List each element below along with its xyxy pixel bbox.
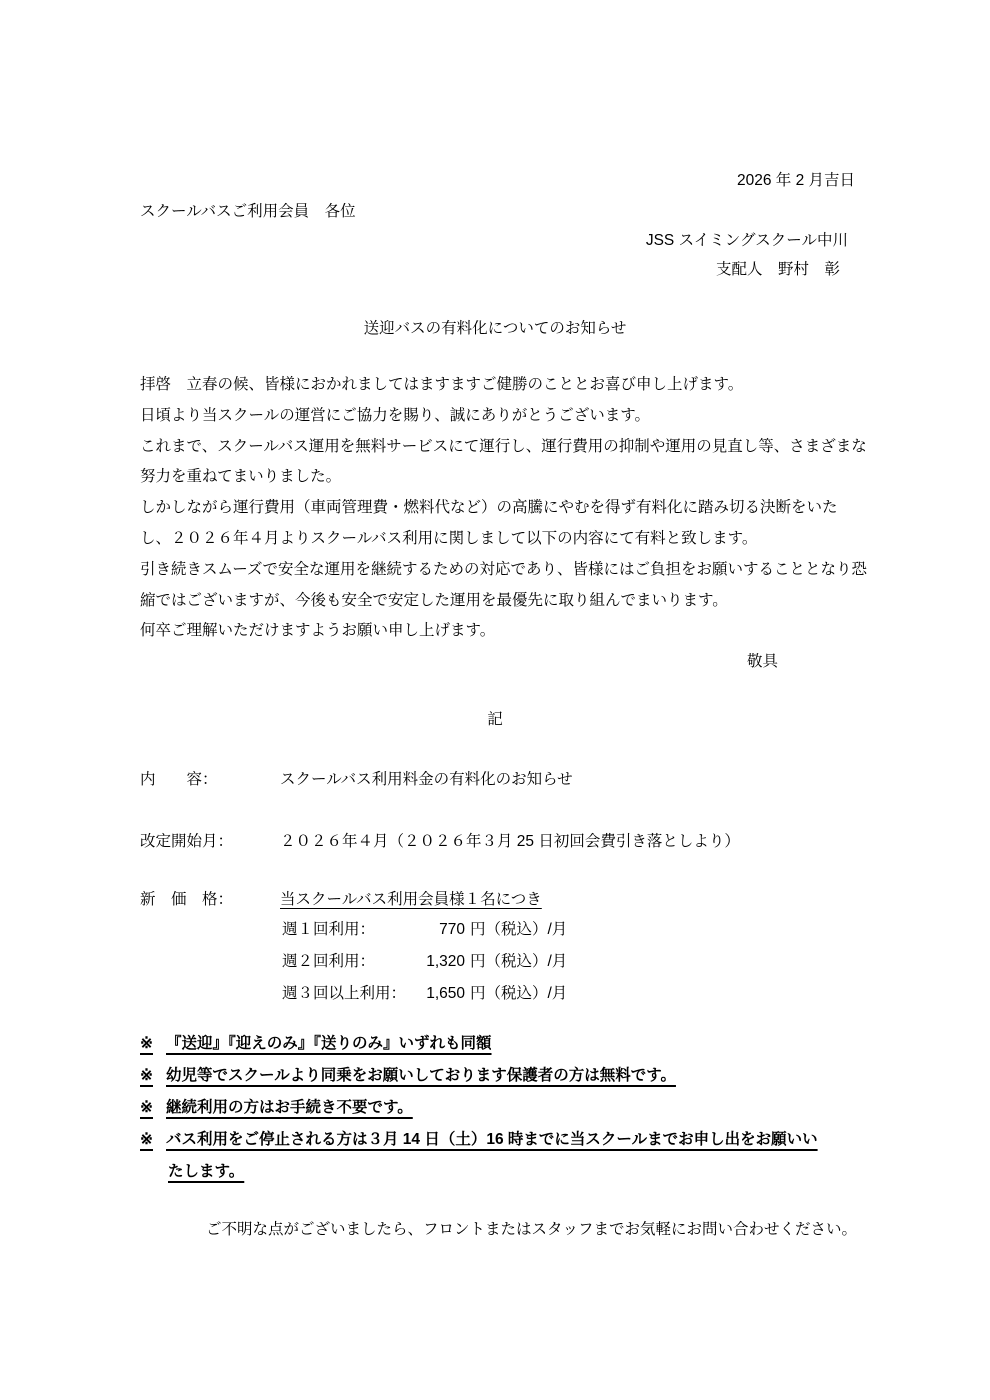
body-line: 何卒ご理解いただけますようお願い申し上げます。 (140, 616, 867, 647)
note-text: 幼児等でスクールより同乗をお願いしております保護者の方は無料です。 (166, 1067, 676, 1084)
note-text: 継続利用の方はお手続き不要です。 (166, 1099, 413, 1116)
sender-person: 支配人 野村 彰 (716, 260, 840, 281)
note-line-stop-request-continuation: たします。 (168, 1162, 244, 1183)
price-row-weekly2: 週２回利用： 1,320 円（税込）/月 (282, 952, 722, 976)
price-amount: 770 (282, 920, 465, 941)
body-line: 縮ではございますが、今後も安全で安定した運用を最優先に取り組んでまいります。 (140, 586, 867, 617)
detail-label: 改定開始月： (140, 832, 280, 853)
footer-note: ご不明な点がございましたら、フロントまたはスタッフまでお気軽にお問い合わせくださ… (206, 1220, 857, 1241)
note-text: 『送迎』『迎えのみ』『送りのみ』いずれも同額 (166, 1035, 492, 1052)
note-line-guardian-free: ※幼児等でスクールより同乗をお願いしております保護者の方は無料です。 (140, 1066, 676, 1087)
detail-label: 内 容： (140, 770, 280, 791)
detail-value: スクールバス利用料金の有料化のお知らせ (280, 771, 573, 788)
note-line-stop-request: ※バス利用をご停止される方は３月 14 日（土）16 時までに当スクールまでお申… (140, 1130, 818, 1151)
price-unit: 円（税込）/月 (470, 984, 567, 1005)
price-unit: 円（税込）/月 (470, 952, 567, 973)
body-line: 拝啓 立春の候、皆様におかれましてはますますご健勝のこととお喜び申し上げます。 (140, 370, 867, 401)
document-page: 2026 年 2 月吉日 スクールバスご利用会員 各位 JSS スイミングスクー… (0, 0, 990, 1400)
body-line: し、２０２６年４月よりスクールバス利用に関しまして以下の内容にて有料と致します。 (140, 524, 867, 555)
price-amount: 1,650 (282, 984, 465, 1005)
detail-label: 新 価 格： (140, 890, 280, 911)
note-line-same-fee: ※『送迎』『迎えのみ』『送りのみ』いずれも同額 (140, 1034, 492, 1055)
note-marker: ※ (140, 1099, 166, 1116)
body-line: しかしながら運行費用（車両管理費・燃料代など）の高騰にやむを得ず有料化に踏み切る… (140, 493, 867, 524)
body-line: これまで、スクールバス運用を無料サービスにて運行し、運行費用の抑制や運用の見直し… (140, 432, 867, 463)
document-title: 送迎バスの有料化についてのお知らせ (0, 319, 990, 340)
date-line: 2026 年 2 月吉日 (737, 171, 855, 192)
detail-row-start-month: 改定開始月：２０２６年４月（２０２６年３月 25 日初回会費引き落としより） (140, 832, 740, 853)
detail-row-new-price: 新 価 格：当スクールバス利用会員様１名につき (140, 890, 542, 911)
price-row-weekly1: 週１回利用： 770 円（税込）/月 (282, 920, 722, 944)
note-marker: ※ (140, 1035, 166, 1052)
sender-organization: JSS スイミングスクール中川 (646, 231, 848, 252)
note-marker: ※ (140, 1067, 166, 1084)
detail-value: ２０２６年４月（２０２６年３月 25 日初回会費引き落としより） (280, 833, 740, 850)
detail-value-underlined: 当スクールバス利用会員様１名につき (280, 891, 542, 908)
body-line: 日頃より当スクールの運営にご協力を賜り、誠にありがとうございます。 (140, 401, 867, 432)
record-marker: 記 (0, 710, 990, 731)
body-line: 努力を重ねてまいりました。 (140, 462, 867, 493)
body-line: 引き続きスムーズで安全な運用を継続するための対応であり、皆様にはご負担をお願いす… (140, 555, 867, 586)
detail-row-content: 内 容：スクールバス利用料金の有料化のお知らせ (140, 770, 573, 791)
price-unit: 円（税込）/月 (470, 920, 567, 941)
note-line-no-procedure: ※継続利用の方はお手続き不要です。 (140, 1098, 413, 1119)
body-paragraphs: 拝啓 立春の候、皆様におかれましてはますますご健勝のこととお喜び申し上げます。 … (140, 370, 867, 647)
closing-word: 敬具 (747, 652, 778, 673)
price-amount: 1,320 (282, 952, 465, 973)
note-marker: ※ (140, 1131, 166, 1148)
note-text: バス利用をご停止される方は３月 14 日（土）16 時までに当スクールまでお申し… (166, 1131, 818, 1148)
recipient-line: スクールバスご利用会員 各位 (140, 202, 356, 223)
price-row-weekly3plus: 週３回以上利用： 1,650 円（税込）/月 (282, 984, 722, 1008)
